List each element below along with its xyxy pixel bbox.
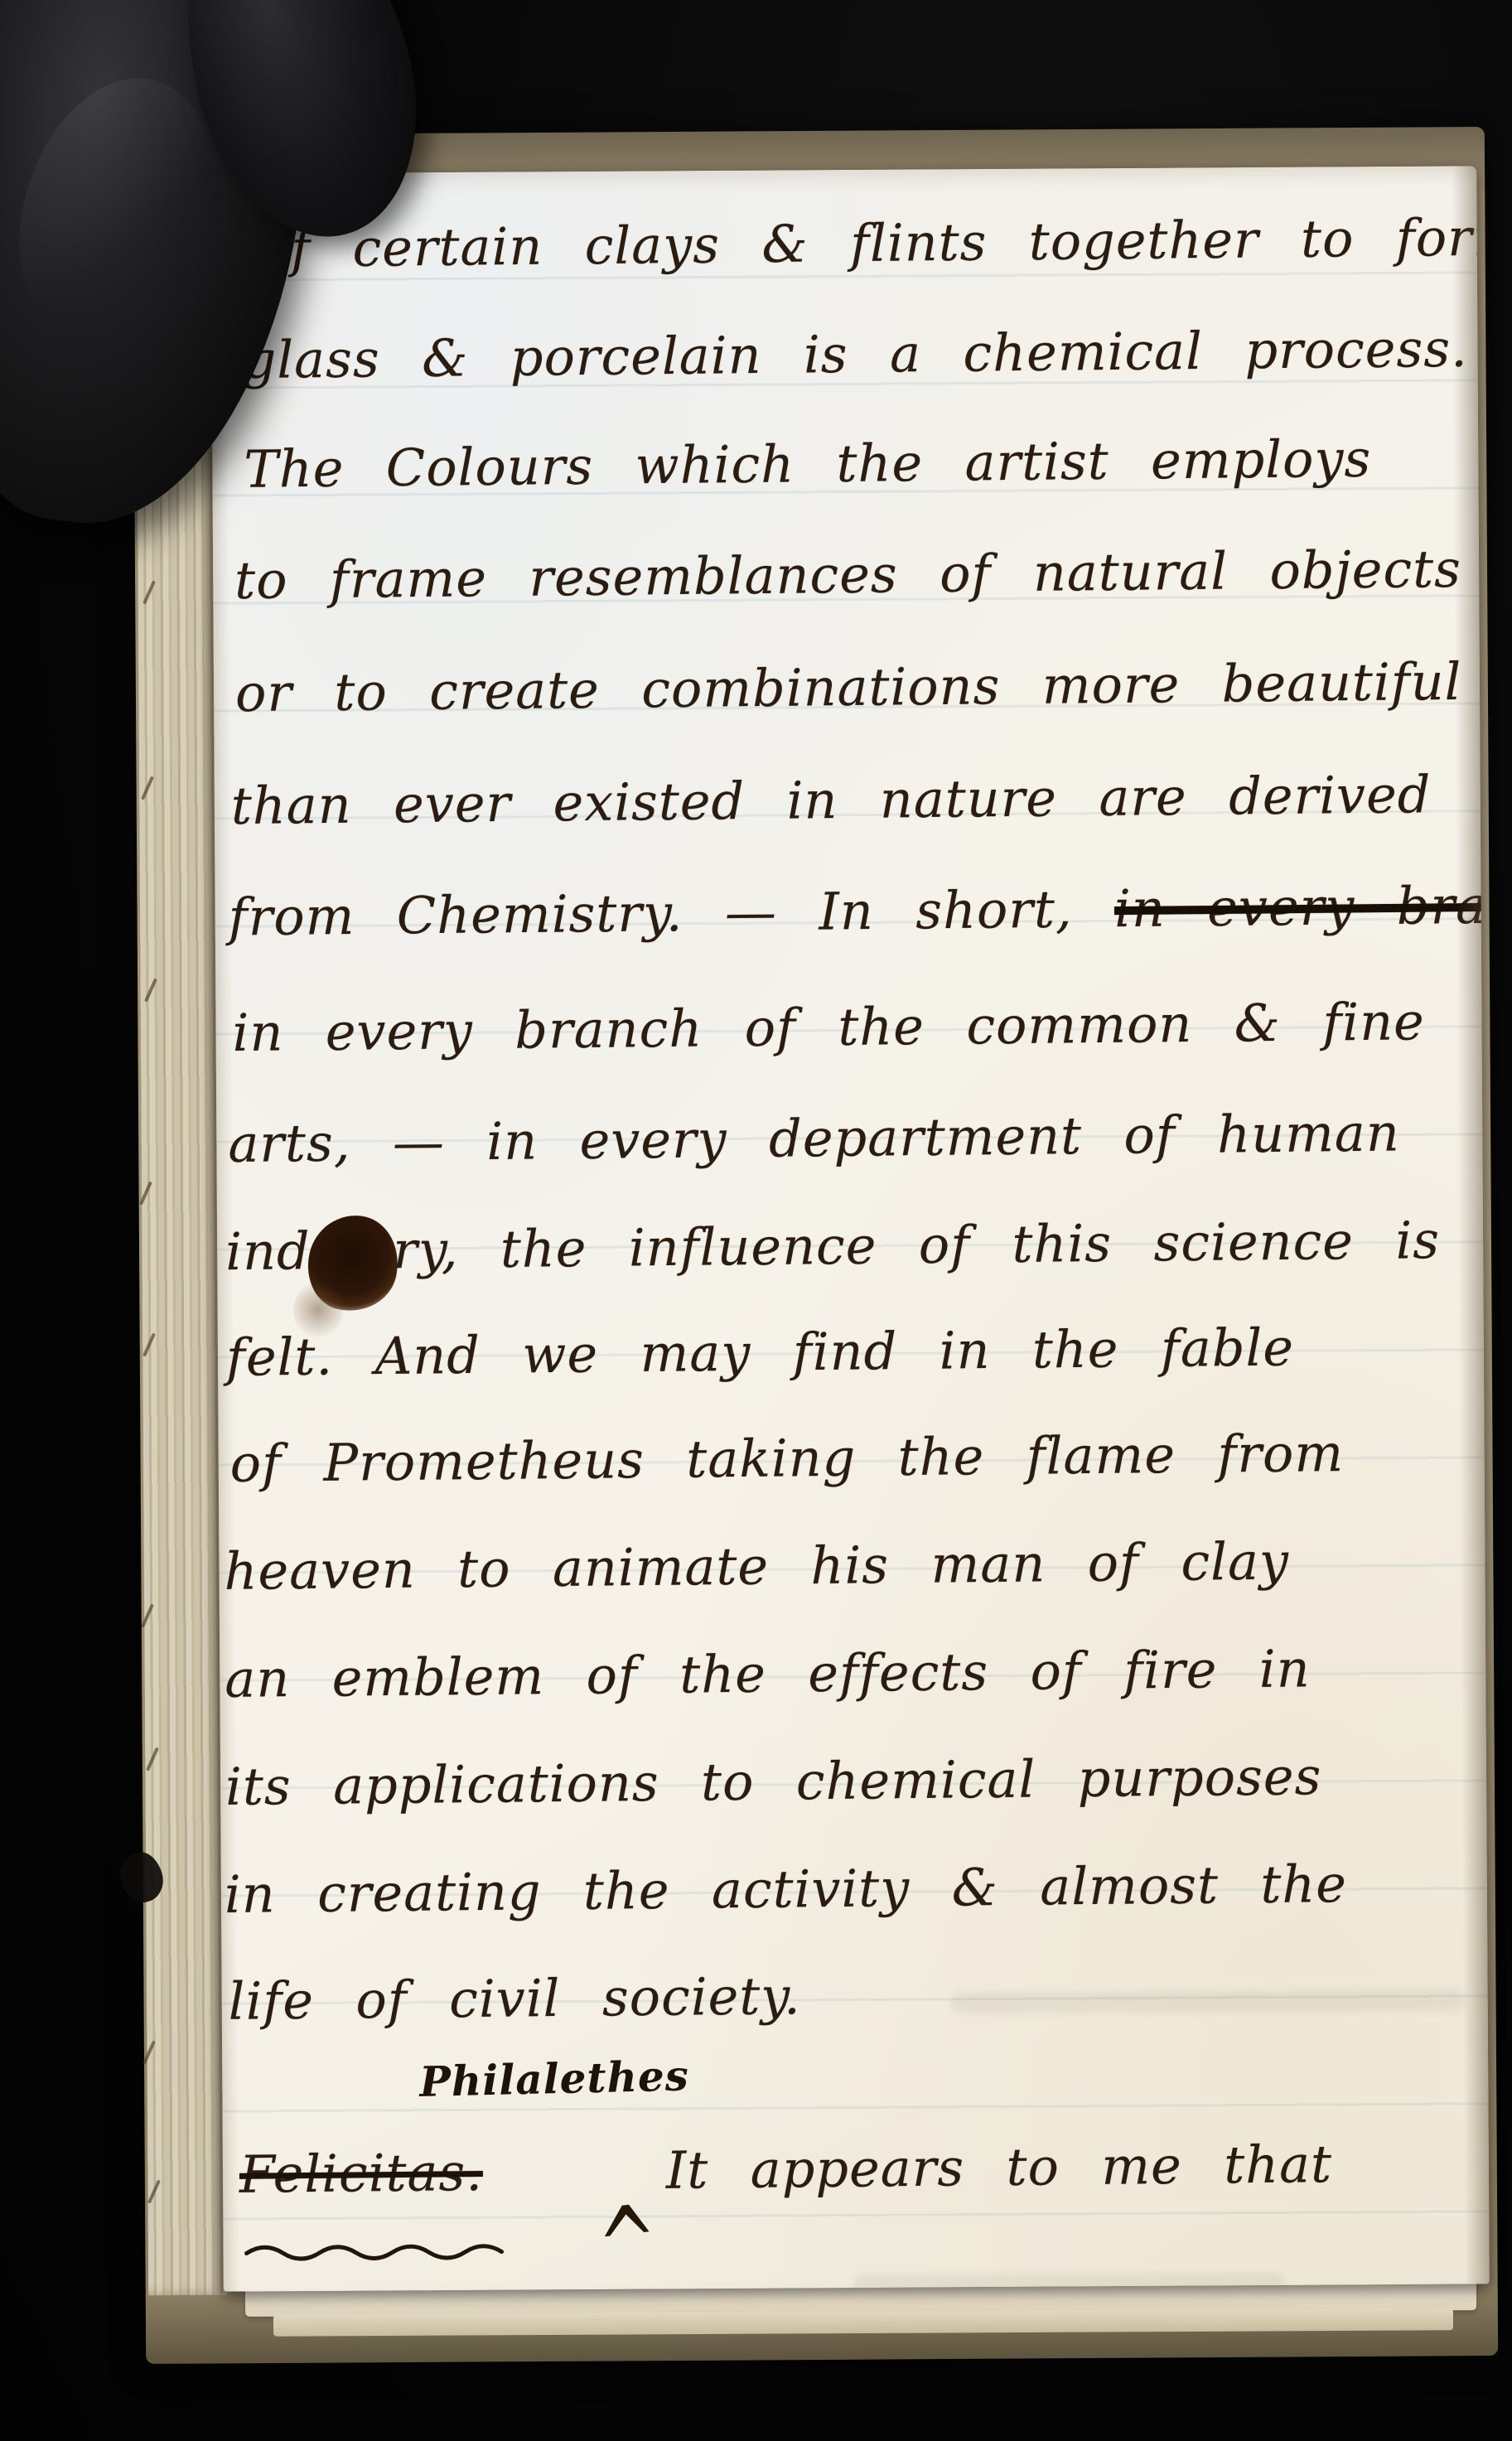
manuscript-line: than ever existed in nature are derived [231,764,1432,836]
manuscript-line: Felicitas. It appears to me that [239,2134,1333,2205]
line-text: life of civil society. [228,1965,801,2032]
manuscript-line: industry, the influence of this science … [225,1210,1441,1282]
line-text: in creating the activity & almost the [225,1854,1348,1925]
line-text: The Colours which the artist employs [244,428,1372,500]
show-through-mark [951,1989,1465,2013]
line-text: felt. And we may find in the fable [226,1317,1295,1387]
manuscript-line: glass & porcelain is a chemical process. [243,318,1468,390]
manuscript-line: arts, — in every department of human [228,1102,1400,1174]
manuscript-line: from Chemistry. — In short, in every bra… [228,874,1489,948]
caret-mark: ^ [595,2190,660,2291]
manuscript-line: or to create combinations more beautiful [235,651,1462,723]
struck-text: in every branch [1114,874,1490,939]
manuscript-line: in creating the activity & almost the [225,1854,1348,1925]
line-text: industry, the influence of this science … [225,1210,1441,1282]
line-text: heaven to animate his man of clay [224,1531,1289,1602]
manuscript-line: The Colours which the artist employs [244,428,1372,500]
struck-text: Felicitas. [239,2142,484,2205]
manuscript-line: felt. And we may find in the fable [226,1317,1295,1387]
manuscript-line: in every branch of the common & fine [232,991,1425,1063]
manuscript-line: to frame resemblances of natural objects [234,539,1461,611]
line-text: from Chemistry. — In short, [228,879,1073,948]
line-text: of Prometheus taking the flame from [229,1423,1344,1494]
manuscript-line: its applications to chemical purposes [225,1746,1322,1817]
line-text: than ever existed in nature are derived [231,764,1432,836]
manuscript-line: life of civil society. [228,1965,801,2032]
line-text: to frame resemblances of natural objects [234,539,1461,611]
manuscript-line: heaven to animate his man of clay [224,1531,1289,1602]
line-text: It appears to me that [665,2134,1332,2201]
manuscript-line: an emblem of the effects of fire in [225,1638,1311,1709]
line-text: of certain clays & flints together to fo… [258,206,1489,279]
manuscript-line: of certain clays & flints together to fo… [258,206,1489,279]
line-text: an emblem of the effects of fire in [225,1638,1311,1709]
line-text: arts, — in every department of human [228,1102,1400,1174]
line-text: or to create combinations more beautiful [235,651,1462,723]
line-text: glass & porcelain is a chemical process. [243,318,1468,390]
inserted-word: Philalethes [419,2051,690,2106]
line-text: its applications to chemical purposes [225,1746,1322,1817]
wavy-underline [241,2240,539,2263]
manuscript-line: of Prometheus taking the flame from [229,1423,1344,1494]
line-text: in every branch of the common & fine [232,991,1425,1063]
manuscript-page: of certain clays & flints together to fo… [210,166,1490,2291]
